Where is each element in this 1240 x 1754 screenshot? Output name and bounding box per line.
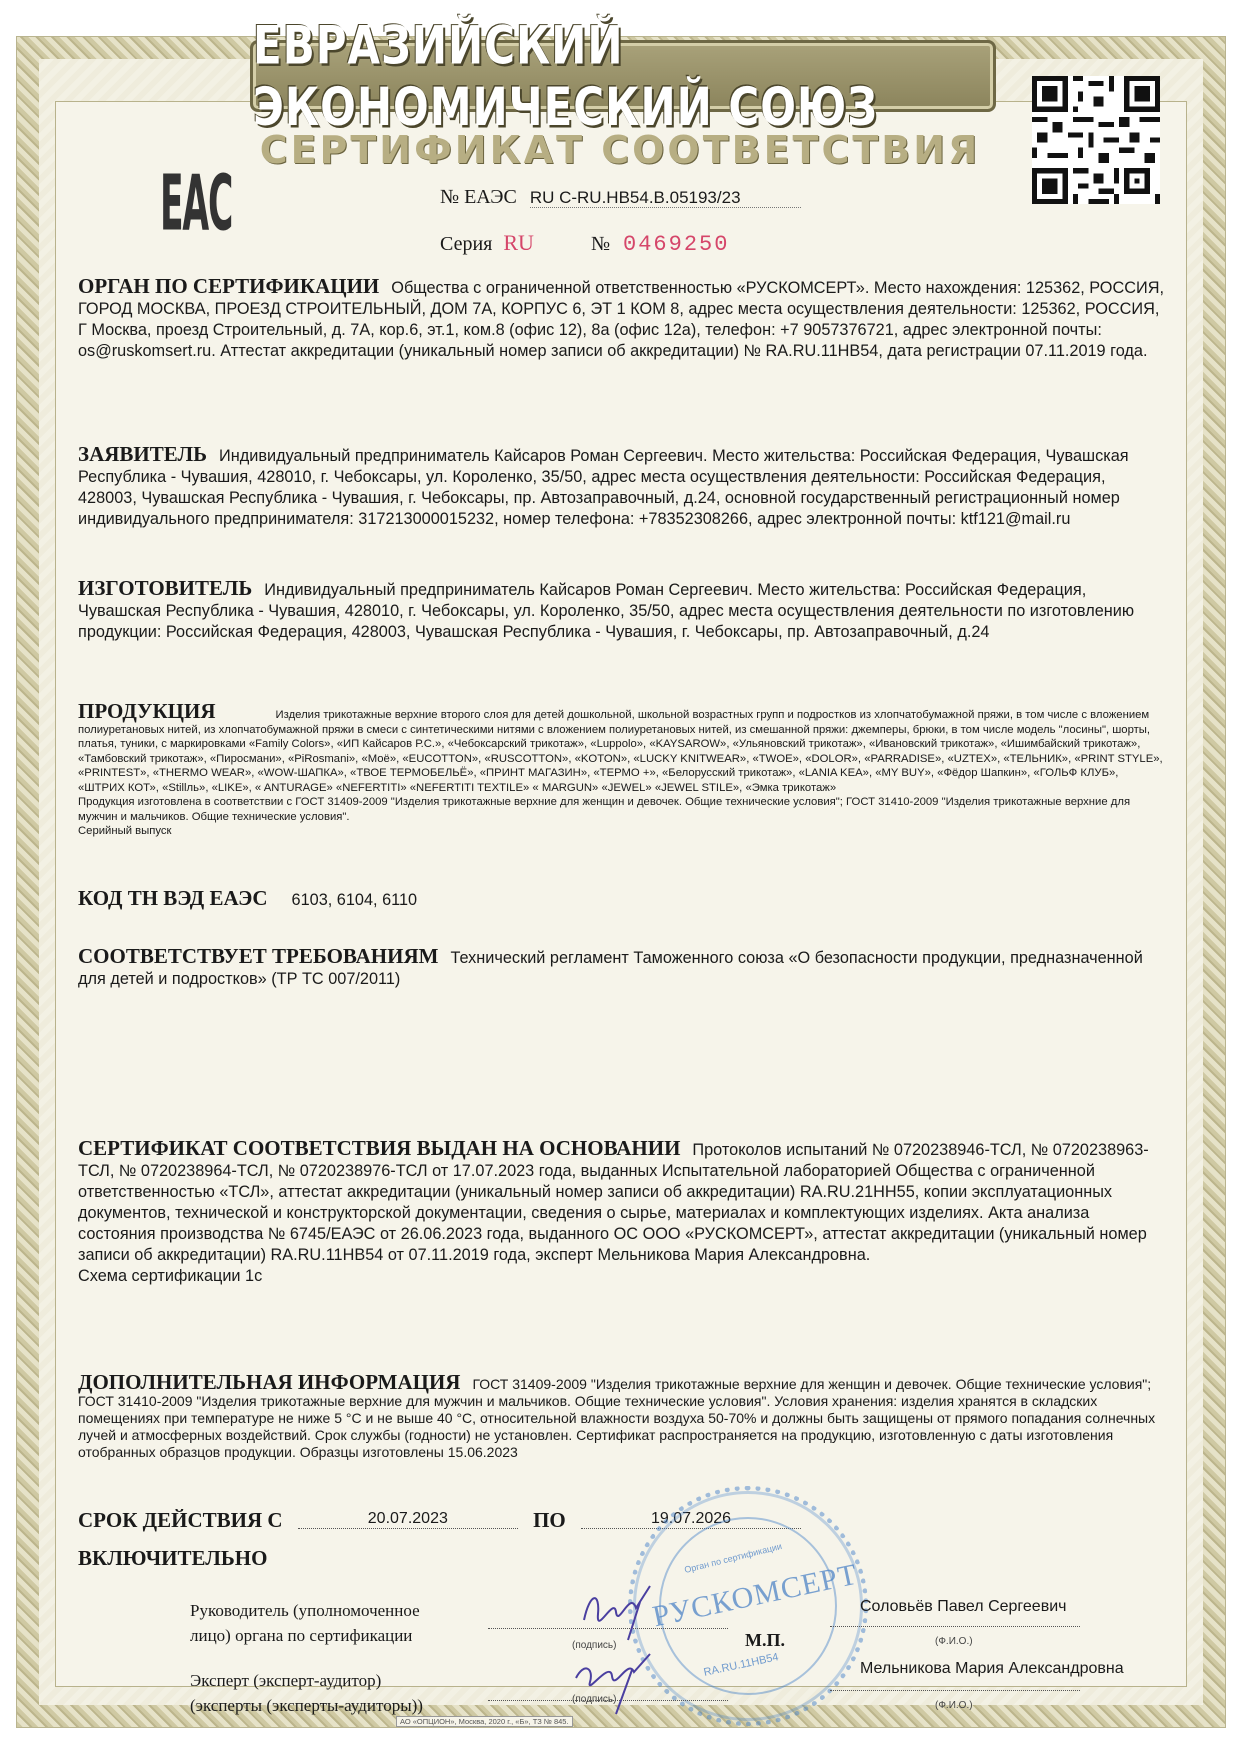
validity-to-label: ПО bbox=[533, 1508, 566, 1532]
seal-placeholder-label: М.П. bbox=[745, 1630, 785, 1651]
registration-number-row: № ЕАЭС RU C-RU.HB54.B.05193/23 bbox=[440, 186, 801, 209]
name-caption: (Ф.И.О.) bbox=[935, 1700, 973, 1711]
section-heading: ДОПОЛНИТЕЛЬНАЯ ИНФОРМАЦИЯ bbox=[78, 1370, 460, 1394]
section-heading: ИЗГОТОВИТЕЛЬ bbox=[78, 576, 252, 600]
number-label: № bbox=[591, 233, 610, 255]
name-caption: (Ф.И.О.) bbox=[935, 1636, 973, 1647]
head-signatory-name: Соловьёв Павел Сергеевич bbox=[860, 1598, 1066, 1616]
hs-code-value: 6103, 6104, 6110 bbox=[292, 891, 418, 909]
blank-number: 0469250 bbox=[623, 232, 729, 257]
expert-signatory-label: Эксперт (эксперт-аудитор) (эксперты (экс… bbox=[190, 1668, 423, 1718]
section-heading: ЗАЯВИТЕЛЬ bbox=[78, 442, 207, 466]
head-signature-icon bbox=[580, 1582, 660, 1642]
expert-name: Мельникова Мария Александровна bbox=[860, 1660, 1124, 1678]
section-hs-code: КОД ТН ВЭД ЕАЭС6103, 6104, 6110 bbox=[78, 888, 1166, 911]
union-title-banner: ЕВРАЗИЙСКИЙ ЭКОНОМИЧЕСКИЙ СОЮЗ bbox=[250, 40, 996, 112]
section-heading: ПРОДУКЦИЯ bbox=[78, 699, 216, 723]
validity-inclusive: ВКЛЮЧИТЕЛЬНО bbox=[78, 1546, 267, 1571]
section-certification-body: ОРГАН ПО СЕРТИФИКАЦИИОбщества с ограниче… bbox=[78, 276, 1166, 362]
section-compliance: СООТВЕТСТВУЕТ ТРЕБОВАНИЯМТехнический рег… bbox=[78, 946, 1166, 990]
section-heading: КОД ТН ВЭД ЕАЭС bbox=[78, 886, 268, 910]
section-basis: СЕРТИФИКАТ СООТВЕТСТВИЯ ВЫДАН НА ОСНОВАН… bbox=[78, 1138, 1166, 1287]
section-additional-info: ДОПОЛНИТЕЛЬНАЯ ИНФОРМАЦИЯГОСТ 31409-2009… bbox=[78, 1374, 1166, 1461]
registration-number: RU C-RU.HB54.B.05193/23 bbox=[530, 188, 801, 208]
section-applicant: ЗАЯВИТЕЛЬИндивидуальный предприниматель … bbox=[78, 444, 1166, 530]
union-title: ЕВРАЗИЙСКИЙ ЭКОНОМИЧЕСКИЙ СОЮЗ bbox=[253, 15, 993, 138]
expert-signature-icon bbox=[570, 1648, 660, 1718]
eac-logo-icon: ЕАС bbox=[160, 160, 232, 249]
section-text: Индивидуальный предприниматель Кайсаров … bbox=[78, 447, 1129, 528]
product-description: Изделия трикотажные верхние второго слоя… bbox=[78, 709, 1163, 794]
printer-mark: АО «ОПЦИОН», Москва, 2020 г., «Б», ТЗ № … bbox=[396, 1716, 573, 1727]
section-heading: СООТВЕТСТВУЕТ ТРЕБОВАНИЯМ bbox=[78, 944, 438, 968]
head-name-line bbox=[830, 1626, 1080, 1627]
certification-scheme: Схема сертификации 1с bbox=[78, 1266, 1166, 1287]
series-value: RU bbox=[503, 230, 534, 255]
series-row: Серия RU № 0469250 bbox=[440, 230, 729, 257]
production-type: Серийный выпуск bbox=[78, 824, 1166, 839]
series-label: Серия bbox=[440, 233, 492, 255]
qr-code-icon[interactable] bbox=[1032, 76, 1160, 204]
section-manufacturer: ИЗГОТОВИТЕЛЬИндивидуальный предпринимате… bbox=[78, 578, 1166, 643]
validity-from-date: 20.07.2023 bbox=[298, 1510, 518, 1529]
head-signatory-label: Руководитель (уполномоченное лицо) орган… bbox=[190, 1598, 420, 1648]
registration-label: № ЕАЭС bbox=[440, 186, 517, 208]
section-heading: СЕРТИФИКАТ СООТВЕТСТВИЯ ВЫДАН НА ОСНОВАН… bbox=[78, 1136, 680, 1160]
expert-name-line bbox=[830, 1690, 1080, 1691]
section-heading: ОРГАН ПО СЕРТИФИКАЦИИ bbox=[78, 274, 379, 298]
section-product: ПРОДУКЦИЯИзделия трикотажные верхние вто… bbox=[78, 704, 1166, 839]
validity-from-label: СРОК ДЕЙСТВИЯ С bbox=[78, 1508, 283, 1532]
product-standards: Продукция изготовлена в соответствии с Г… bbox=[78, 795, 1166, 824]
